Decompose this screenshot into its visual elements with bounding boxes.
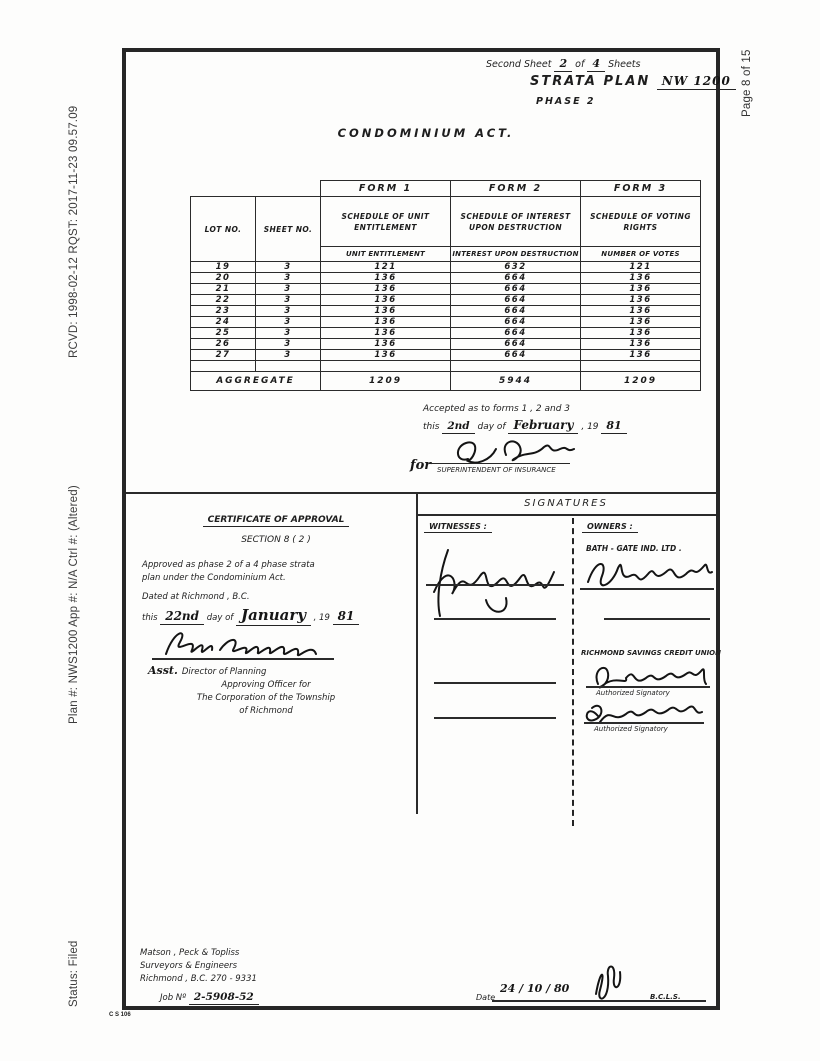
form3-header: FORM 3 <box>581 181 701 197</box>
sheet-total-value: 4 <box>587 57 605 72</box>
form1-subtitle: SCHEDULE OF UNIT ENTITLEMENT <box>321 197 451 247</box>
approving-officer-line2: The Corporation of the Township <box>136 693 396 703</box>
witness-owner-divider <box>572 518 574 826</box>
sheet-count-of: of <box>575 59 584 70</box>
strata-plan-number: NW 1200 <box>657 74 736 90</box>
lot-no-header: LOT NO. <box>191 197 256 262</box>
job-number-line: Job Nº 2-5908-52 <box>160 991 259 1003</box>
certificate-day: 22nd <box>160 609 204 625</box>
certificate-section: SECTION 8 ( 2 ) <box>181 535 371 545</box>
strata-plan-line: STRATA PLAN NW 1200 <box>530 74 736 89</box>
certificate-title: CERTIFICATE OF APPROVAL <box>181 515 371 525</box>
form-header-row: FORM 1 FORM 2 FORM 3 <box>191 181 701 197</box>
phase-label: PHASE 2 <box>536 96 596 107</box>
sheet-count-line: Second Sheet 2 of 4 Sheets <box>486 57 640 70</box>
table-row: 263136664136 <box>191 339 701 350</box>
date-value: 24 / 10 / 80 <box>500 982 569 995</box>
table-row: 243136664136 <box>191 317 701 328</box>
acceptance-year: 81 <box>601 419 626 434</box>
table-row: 223136664136 <box>191 295 701 306</box>
authorized-signatory-line-2 <box>584 722 704 724</box>
surveyor-designation: B.C.L.S. <box>650 993 681 1001</box>
owner1-signature-line <box>580 588 714 590</box>
page-number-label: Page 8 of 15 <box>741 49 753 117</box>
section-divider-line <box>126 492 716 494</box>
certificate-dated: Dated at Richmond , B.C. <box>142 592 250 602</box>
for-script: for <box>410 458 431 473</box>
table-row: 193121632121 <box>191 262 701 273</box>
plan-sheet-frame: Second Sheet 2 of 4 Sheets STRATA PLAN N… <box>122 48 720 1010</box>
signatures-title: SIGNATURES <box>416 498 716 509</box>
witness-blank-line-1 <box>434 618 556 620</box>
certificate-date-line: this 22nd day of January , 19 81 <box>142 606 359 624</box>
form2-subtitle: SCHEDULE OF INTEREST UPON DESTRUCTION <box>451 197 581 247</box>
sheet-no-header: SHEET NO. <box>256 197 321 262</box>
surveyor-firm-line2: Surveyors & Engineers <box>140 961 237 971</box>
signatory-title-line: Asst. Director of Planning <box>148 661 266 679</box>
surveyor-firm-line1: Matson , Peck & Topliss <box>140 948 239 958</box>
table-row: 233136664136 <box>191 306 701 317</box>
schedule-table: FORM 1 FORM 2 FORM 3 LOT NO. SHEET NO. S… <box>190 180 701 391</box>
table-row: 253136664136 <box>191 328 701 339</box>
strata-plan-label: STRATA PLAN <box>530 74 650 89</box>
witness-blank-line-3 <box>434 717 556 719</box>
rcvd-stamp: RCVD: 1998-02-12 RQST: 2017-11-23 09.57.… <box>68 106 80 358</box>
sheet-count-prefix: Second Sheet <box>486 59 551 70</box>
owner2-name: RICHMOND SAVINGS CREDIT UNION <box>581 649 721 657</box>
plan-number-stamp: Plan #: NWS1200 App #: N/A Ctrl #: (Alte… <box>68 485 80 724</box>
acceptance-day: 2nd <box>442 420 474 434</box>
approving-officer-line3: of Richmond <box>136 706 396 716</box>
form-code: C S 106 <box>109 1012 131 1018</box>
witness-signature <box>428 542 563 620</box>
surveyor-firm-line3: Richmond , B.C. 270 - 9331 <box>140 974 257 984</box>
sheet-count-suffix: Sheets <box>608 59 640 70</box>
unit-entitlement-header: UNIT ENTITLEMENT <box>321 247 451 262</box>
job-number-value: 2-5908-52 <box>189 991 259 1005</box>
witnesses-label: WITNESSES : <box>424 522 492 531</box>
form3-subtitle: SCHEDULE OF VOTING RIGHTS <box>581 197 701 247</box>
certificate-month: January <box>236 606 311 626</box>
column-divider-line <box>416 492 418 814</box>
table-row: 203136664136 <box>191 273 701 284</box>
authorized-signatory-label-2: Authorized Signatory <box>594 725 668 733</box>
spacer-row <box>191 361 701 372</box>
column-header-row: LOT NO. SHEET NO. SCHEDULE OF UNIT ENTIT… <box>191 197 701 247</box>
table-row: 213136664136 <box>191 284 701 295</box>
superintendent-signature <box>446 437 581 465</box>
acceptance-line2: this 2nd day of February , 19 81 <box>423 418 627 432</box>
authorized-signatory-label-1: Authorized Signatory <box>596 689 670 697</box>
approving-officer-signature <box>154 624 329 662</box>
owner1-signature <box>582 552 714 592</box>
witness-signature-line <box>426 584 564 586</box>
form1-header: FORM 1 <box>321 181 451 197</box>
superintendent-title: SUPERINTENDENT OF INSURANCE <box>429 463 570 474</box>
aggregate-label: AGGREGATE <box>191 372 321 391</box>
owners-label: OWNERS : <box>582 522 638 531</box>
surveyor-signature <box>584 960 626 1000</box>
owner-blank-line <box>604 618 710 620</box>
form2-header: FORM 2 <box>451 181 581 197</box>
certificate-body1: Approved as phase 2 of a 4 phase strata <box>142 560 315 570</box>
asst-script: Asst. <box>148 664 178 677</box>
approving-signature-line <box>152 658 334 660</box>
table-row: 273136664136 <box>191 350 701 361</box>
certificate-year: 81 <box>333 609 360 625</box>
status-stamp: Status: Filed <box>68 940 80 1007</box>
witness-blank-line-2 <box>434 682 556 684</box>
authorized-signatory-line-1 <box>586 686 710 688</box>
approving-officer-line1: Approving Officer for <box>136 680 396 690</box>
director-title: Director of Planning <box>182 667 267 677</box>
acceptance-month: February <box>508 418 578 434</box>
interest-destruction-header: INTEREST UPON DESTRUCTION <box>451 247 581 262</box>
aggregate-row: AGGREGATE 1209 5944 1209 <box>191 372 701 391</box>
document-title: CONDOMINIUM ACT. <box>276 126 576 140</box>
signatures-underline <box>416 514 716 516</box>
sheet-number-value: 2 <box>554 57 572 72</box>
number-votes-header: NUMBER OF VOTES <box>581 247 701 262</box>
acceptance-line1: Accepted as to forms 1 , 2 and 3 <box>423 404 570 414</box>
certificate-body2: plan under the Condominium Act. <box>142 573 286 583</box>
